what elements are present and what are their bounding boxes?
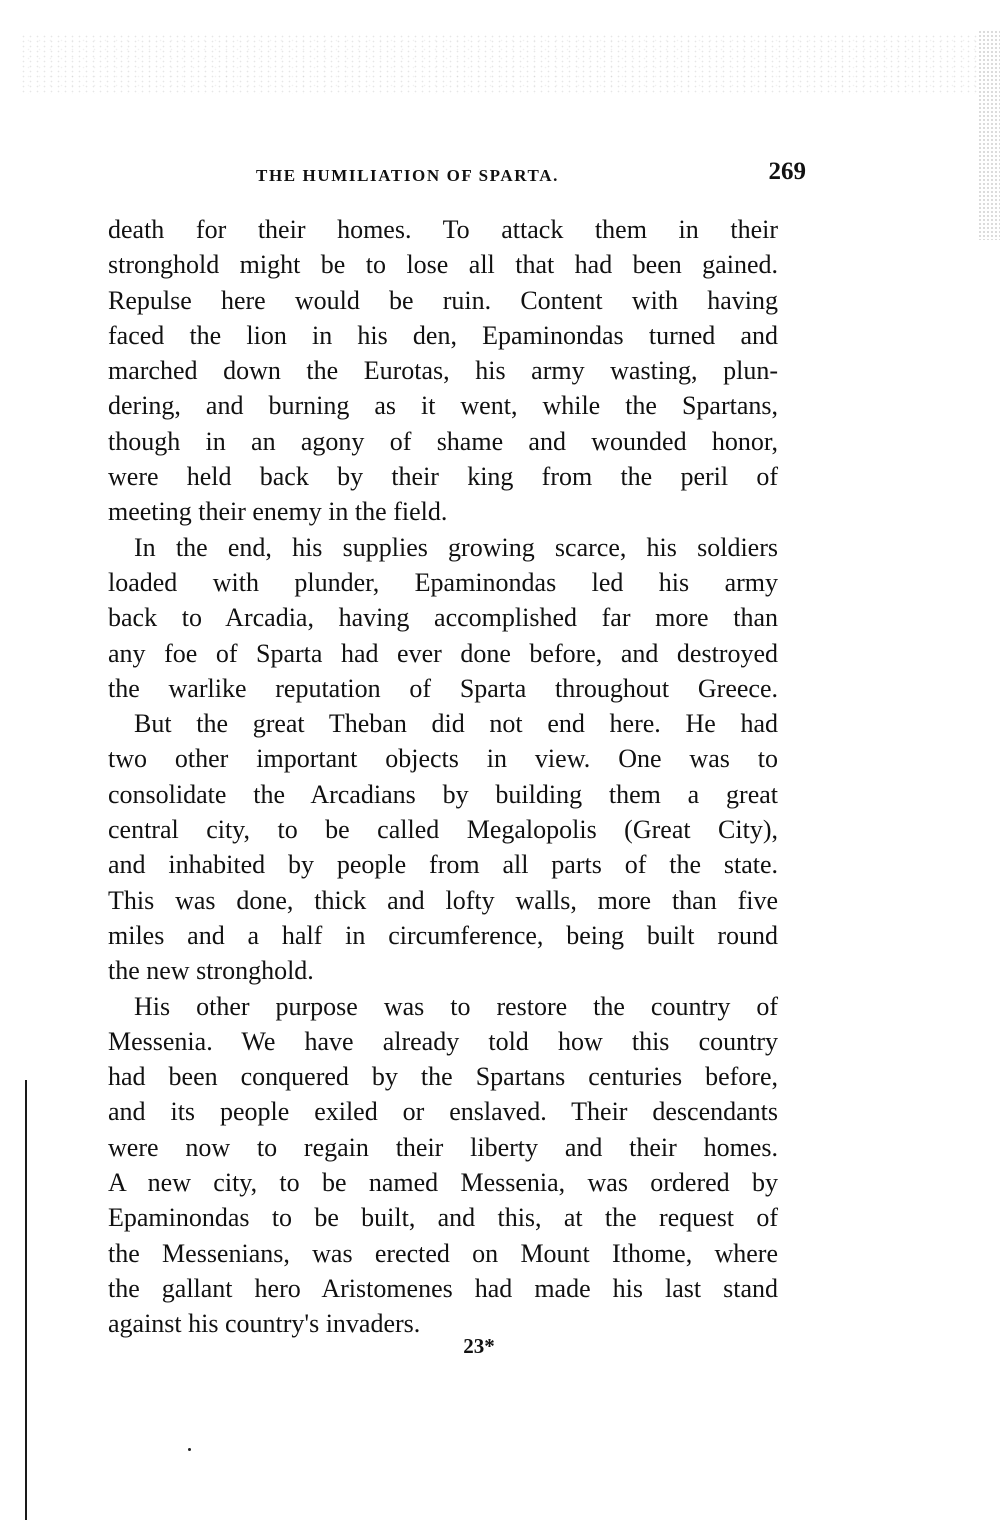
text-line: the new stronghold. <box>108 953 778 988</box>
text-line: the gallant hero Aristomenes had made hi… <box>108 1271 778 1306</box>
text-line: central city, to be called Megalopolis (… <box>108 812 778 847</box>
paragraph: death for their homes. To attack them in… <box>108 212 778 530</box>
text-line: faced the lion in his den, Epaminondas t… <box>108 318 778 353</box>
page-edge-rule <box>25 1080 27 1520</box>
body-text: death for their homes. To attack them in… <box>108 212 778 1342</box>
running-head: THE HUMILIATION OF SPARTA. 269 <box>256 158 806 194</box>
paragraph: But the great Theban did not end here. H… <box>108 706 778 988</box>
scan-speck <box>188 1448 191 1451</box>
text-line: the Messenians, was erected on Mount Ith… <box>108 1236 778 1271</box>
text-line: though in an agony of shame and wounded … <box>108 424 778 459</box>
signature-mark: 23* <box>0 1334 1000 1359</box>
text-line: marched down the Eurotas, his army wasti… <box>108 353 778 388</box>
text-line: This was done, thick and lofty walls, mo… <box>108 883 778 918</box>
text-line: But the great Theban did not end here. H… <box>108 706 778 741</box>
paragraph: His other purpose was to restore the cou… <box>108 989 778 1342</box>
page-number: 269 <box>769 158 807 186</box>
text-line: Repulse here would be ruin. Content with… <box>108 283 778 318</box>
text-line: any foe of Sparta had ever done before, … <box>108 636 778 671</box>
text-line: and its people exiled or enslaved. Their… <box>108 1094 778 1129</box>
text-line: were now to regain their liberty and the… <box>108 1130 778 1165</box>
text-line: Epaminondas to be built, and this, at th… <box>108 1200 778 1235</box>
text-line: had been conquered by the Spartans centu… <box>108 1059 778 1094</box>
scan-noise-top <box>20 34 980 94</box>
text-line: In the end, his supplies growing scarce,… <box>108 530 778 565</box>
text-line: Messenia. We have already told how this … <box>108 1024 778 1059</box>
text-line: and inhabited by people from all parts o… <box>108 847 778 882</box>
text-line: dering, and burning as it went, while th… <box>108 388 778 423</box>
text-line: the warlike reputation of Sparta through… <box>108 671 778 706</box>
paragraph: In the end, his supplies growing scarce,… <box>108 530 778 706</box>
text-line: His other purpose was to restore the cou… <box>108 989 778 1024</box>
text-line: consolidate the Arcadians by building th… <box>108 777 778 812</box>
running-title: THE HUMILIATION OF SPARTA. <box>256 166 559 186</box>
signature-mark-text: 23* <box>463 1334 495 1358</box>
text-line: were held back by their king from the pe… <box>108 459 778 494</box>
scan-noise-edge <box>978 30 1000 240</box>
text-line: loaded with plunder, Epaminondas led his… <box>108 565 778 600</box>
text-line: back to Arcadia, having accomplished far… <box>108 600 778 635</box>
text-line: stronghold might be to lose all that had… <box>108 247 778 282</box>
text-line: two other important objects in view. One… <box>108 741 778 776</box>
text-line: death for their homes. To attack them in… <box>108 212 778 247</box>
text-line: miles and a half in circumference, being… <box>108 918 778 953</box>
text-line: meeting their enemy in the field. <box>108 494 778 529</box>
text-line: A new city, to be named Messenia, was or… <box>108 1165 778 1200</box>
